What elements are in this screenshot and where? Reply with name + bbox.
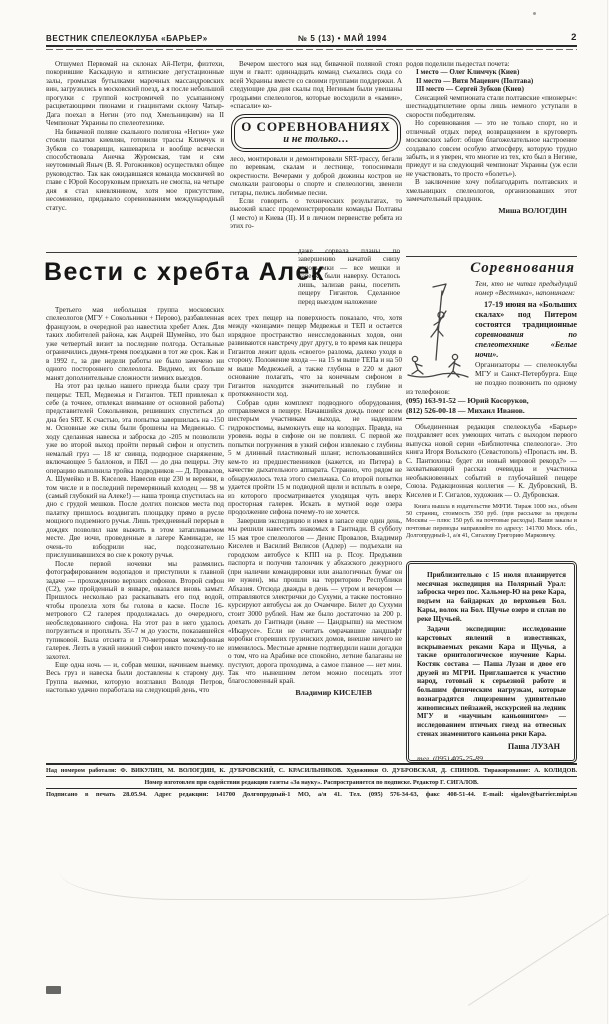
paragraph: (095) 163-91-52 — Юрий Косоруков, <box>406 396 577 405</box>
lead-col2-continuation: лесо, монтировали и демонтировали SRT-тр… <box>230 155 402 197</box>
paragraph: Отшумел Первомай на склонах Ай-Петри, фи… <box>46 60 224 128</box>
paragraph: Третьего мая небольшая группа московских… <box>46 306 224 382</box>
alek-column-1: Третьего мая небольшая группа московских… <box>46 306 224 762</box>
lead-article-author: Миша ВОЛОГДИН <box>406 207 567 215</box>
expedition-phone: тел. (095) 405-25-89 <box>417 754 566 763</box>
imprint-staff-line: Над номером работали: Ф. ВИКУЛИН, М. ВОЛ… <box>46 763 577 776</box>
paragraph: III место — Сергей Зубков (Киев) <box>410 85 577 93</box>
scan-speck <box>533 12 536 15</box>
results-list: I место — Олег Климчук (Киев)II место — … <box>406 68 577 93</box>
phone-list: (095) 163-91-52 — Юрий Косоруков,(812) 5… <box>406 396 577 415</box>
lead-article-column-1: Отшумел Первомай на склонах Ай-Петри, фи… <box>46 60 224 250</box>
paragraph: На бивачной поляне скального полигона «Н… <box>46 128 224 213</box>
paragraph: В заключение хочу поблагодарить полтавск… <box>406 178 577 203</box>
expedition-paragraphs: Приблизительно с 15 июля планируется мес… <box>417 571 566 738</box>
lead-article-column-3: родов поделили пьедестал почета: I место… <box>406 60 577 252</box>
masthead-rule-thin <box>46 49 577 50</box>
paragraph: Еще одна ночь — и, собрав мешки, начинае… <box>46 661 224 695</box>
paper-edge-curve <box>60 845 530 900</box>
paper-right-edge <box>607 0 608 1024</box>
box-subtitle: и не только… <box>237 134 395 145</box>
paragraph: (812) 526-00-18 — Михаил Иванов. <box>406 406 577 415</box>
paragraph: Если говорить о технических результатах,… <box>230 197 402 231</box>
paragraph: Завершив экспедицию и имея в запасе еще … <box>228 517 402 686</box>
alek-article-author: Владимир КИСЕЛЕВ <box>228 689 372 697</box>
expedition-author: Паша ЛУЗАН <box>417 742 560 751</box>
paragraph: II место — Витя Мацевич (Полтава) <box>410 77 577 85</box>
paragraph: После первой ночевки мы размялись фотогр… <box>46 560 224 661</box>
competitions-script-header: Соревнования <box>406 260 575 277</box>
imprint-address-line: Подписано в печать 28.05.94. Адрес редак… <box>46 788 577 800</box>
paragraph: Сенсацией чемпионата стали полтавские «п… <box>406 94 577 119</box>
lead-col2-paragraph: Вечером шестого мая над бивачной поляной… <box>230 60 402 111</box>
alek-column-2-intro: даже сорвала планы по завершению начатой… <box>298 247 400 311</box>
paragraph: Задачи экспедиции: исследование карстовы… <box>417 625 566 738</box>
scan-corner-mark <box>46 986 61 994</box>
imprint-editor-line: Номер изготовлен при содействии редакции… <box>46 776 577 788</box>
masthead-rule-thick <box>46 45 577 47</box>
alek-column-2: всех трех пещер на поверхность показало,… <box>228 314 402 762</box>
paragraph: Но соревнования — это не только спорт, н… <box>406 119 577 178</box>
climber-cartoon-illustration <box>406 282 470 382</box>
masthead-page-number: 2 <box>571 32 577 43</box>
competitions-section: Соревнования <box>406 260 577 415</box>
article-headline: Вести с хребта Алек <box>44 258 298 287</box>
competitions-title-box: О СОРЕВНОВАНИЯХ и не только… <box>231 114 401 152</box>
expedition-announcement-box: Приблизительно с 15 июля планируется мес… <box>406 561 577 763</box>
paragraph: Приблизительно с 15 июля планируется мес… <box>417 571 566 623</box>
box-title: О СОРЕВНОВАНИЯХ <box>237 120 395 134</box>
masthead-title: ВЕСТНИК СПЕЛЕОКЛУБА «БАРЬЕР» <box>46 34 208 43</box>
lead-col2-paragraphs: Если говорить о технических результатах,… <box>230 197 402 231</box>
alek-col2-continuation: всех трех пещер на поверхность показало,… <box>228 314 402 399</box>
paper-crease-line <box>468 891 609 1006</box>
lead-col3-continuation: родов поделили пьедестал почета: <box>406 60 577 68</box>
masthead-issue-date: № 5 (13) • МАЙ 1994 <box>298 34 387 43</box>
lead-col3-paragraphs: Сенсацией чемпионата стали полтавские «п… <box>406 94 577 204</box>
paragraph: I место — Олег Климчук (Киев) <box>410 68 577 76</box>
imprint-footer: Над номером работали: Ф. ВИКУЛИН, М. ВОЛ… <box>46 763 577 800</box>
paragraph: Собрав один комплект подводного оборудов… <box>228 399 402 517</box>
newspaper-page: ВЕСТНИК СПЕЛЕОКЛУБА «БАРЬЕР» № 5 (13) • … <box>0 0 609 1024</box>
lead-article-column-2: Вечером шестого мая над бивачной поляной… <box>230 60 402 252</box>
alek-col2-paragraphs: Собрав один комплект подводного оборудов… <box>228 399 402 686</box>
book-ordering-info: Книга вышла в издательстве МФТИ. Тираж 1… <box>406 503 577 539</box>
book-announcement-text: Объединенная редакция спелеоклуба «Барье… <box>406 423 577 499</box>
right-column-divider <box>406 418 577 419</box>
book-announcement-section: Объединенная редакция спелеоклуба «Барье… <box>406 423 577 559</box>
alek-intro-text: даже сорвала планы по завершению начатой… <box>298 247 400 306</box>
paragraph: На этот раз целью нашего приезда были ср… <box>46 382 224 560</box>
section-divider-right <box>406 256 577 257</box>
